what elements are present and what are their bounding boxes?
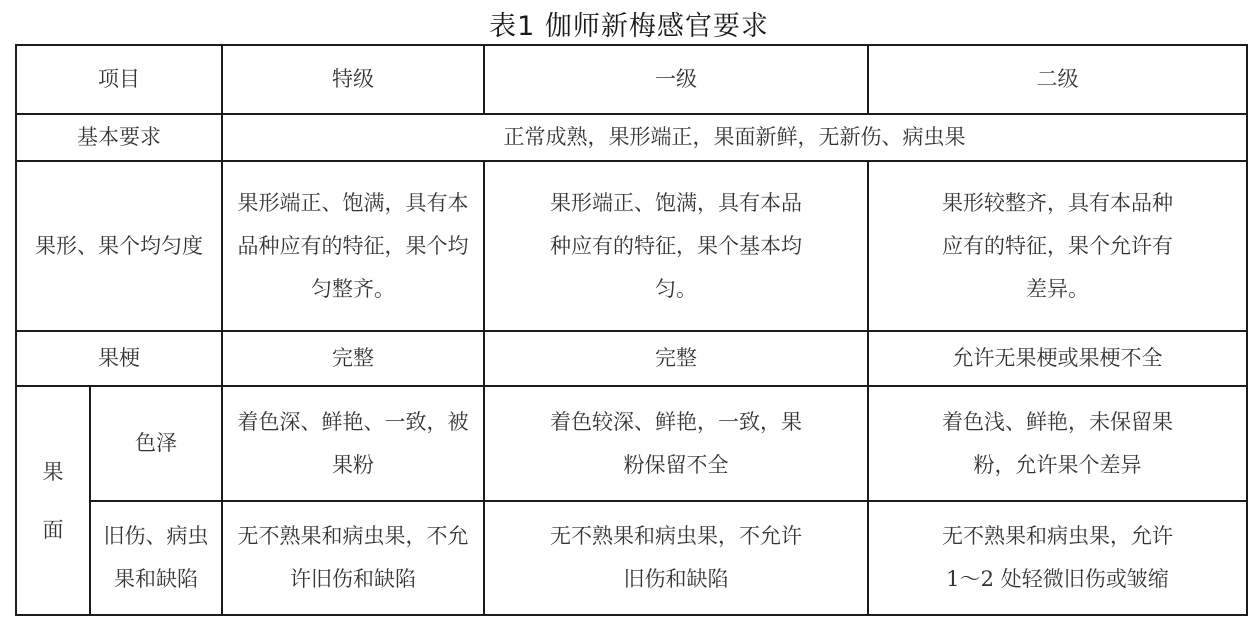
cell-line: 差异。 (879, 268, 1236, 311)
cell-line: 果和缺陷 (101, 558, 211, 601)
row-label-shape: 果形、果个均匀度 (16, 161, 222, 331)
header-item: 项目 (16, 45, 222, 114)
cell-line: 着色较深、鲜艳，一致，果 (495, 401, 857, 444)
color-special-cell: 着色深、鲜艳、一致，被 果粉 (222, 386, 484, 501)
cell-line: 品种应有的特征，果个均 (233, 225, 473, 268)
cell-line: 果形端正、饱满，具有本品 (495, 182, 857, 225)
header-special-grade: 特级 (222, 45, 484, 114)
sensory-requirements-table: 项目 特级 一级 二级 基本要求 正常成熟，果形端正，果面新鲜，无新伤、病虫果 … (15, 44, 1248, 616)
table-title: 表1 伽师新梅感官要求 (0, 4, 1258, 43)
damage-second-cell: 无不熟果和病虫果，允许 1～2 处轻微旧伤或皱缩 (868, 501, 1247, 615)
header-first-grade: 一级 (484, 45, 868, 114)
cell-line: 果粉 (233, 444, 473, 487)
cell-line: 应有的特征，果个允许有 (879, 225, 1236, 268)
cell-line: 匀。 (495, 268, 857, 311)
damage-special-cell: 无不熟果和病虫果，不允 许旧伤和缺陷 (222, 501, 484, 615)
cell-line: 粉，允许果个差异 (879, 444, 1236, 487)
header-row: 项目 特级 一级 二级 (16, 45, 1247, 114)
cell-line: 旧伤和缺陷 (495, 558, 857, 601)
cell-line: 着色深、鲜艳、一致，被 (233, 401, 473, 444)
table-row-color: 果 面 色泽 着色深、鲜艳、一致，被 果粉 着色较深、鲜艳，一致，果 粉保留不全… (16, 386, 1247, 501)
stem-first-cell: 完整 (484, 331, 868, 386)
cell-line: 无不熟果和病虫果，不允许 (495, 515, 857, 558)
cell-line: 种应有的特征，果个基本均 (495, 225, 857, 268)
cell-line: 粉保留不全 (495, 444, 857, 487)
cell-line: 许旧伤和缺陷 (233, 558, 473, 601)
shape-second-cell: 果形较整齐，具有本品种 应有的特征，果个允许有 差异。 (868, 161, 1247, 331)
group-label-char: 果 (17, 443, 89, 501)
cell-line: 匀整齐。 (233, 268, 473, 311)
cell-line: 果形较整齐，具有本品种 (879, 182, 1236, 225)
cell-line: 1～2 处轻微旧伤或皱缩 (879, 558, 1236, 601)
cell-line: 无不熟果和病虫果，允许 (879, 515, 1236, 558)
cell-line: 果形端正、饱满，具有本 (233, 182, 473, 225)
damage-first-cell: 无不熟果和病虫果，不允许 旧伤和缺陷 (484, 501, 868, 615)
basic-requirements-value: 正常成熟，果形端正，果面新鲜，无新伤、病虫果 (222, 114, 1247, 161)
stem-special-cell: 完整 (222, 331, 484, 386)
header-second-grade: 二级 (868, 45, 1247, 114)
color-first-cell: 着色较深、鲜艳，一致，果 粉保留不全 (484, 386, 868, 501)
stem-second-cell: 允许无果梗或果梗不全 (868, 331, 1247, 386)
row-label-color: 色泽 (90, 386, 222, 501)
table-row-basic-requirements: 基本要求 正常成熟，果形端正，果面新鲜，无新伤、病虫果 (16, 114, 1247, 161)
cell-line: 着色浅、鲜艳，未保留果 (879, 401, 1236, 444)
row-label-basic: 基本要求 (16, 114, 222, 161)
row-group-surface: 果 面 (16, 386, 90, 615)
group-label-char: 面 (17, 501, 89, 559)
table-row-stem: 果梗 完整 完整 允许无果梗或果梗不全 (16, 331, 1247, 386)
row-label-damage: 旧伤、病虫 果和缺陷 (90, 501, 222, 615)
color-second-cell: 着色浅、鲜艳，未保留果 粉，允许果个差异 (868, 386, 1247, 501)
shape-special-cell: 果形端正、饱满，具有本 品种应有的特征，果个均 匀整齐。 (222, 161, 484, 331)
table-row-damage: 旧伤、病虫 果和缺陷 无不熟果和病虫果，不允 许旧伤和缺陷 无不熟果和病虫果，不… (16, 501, 1247, 615)
shape-first-cell: 果形端正、饱满，具有本品 种应有的特征，果个基本均 匀。 (484, 161, 868, 331)
cell-line: 无不熟果和病虫果，不允 (233, 515, 473, 558)
row-label-stem: 果梗 (16, 331, 222, 386)
table-row-shape-uniformity: 果形、果个均匀度 果形端正、饱满，具有本 品种应有的特征，果个均 匀整齐。 果形… (16, 161, 1247, 331)
cell-line: 旧伤、病虫 (101, 515, 211, 558)
